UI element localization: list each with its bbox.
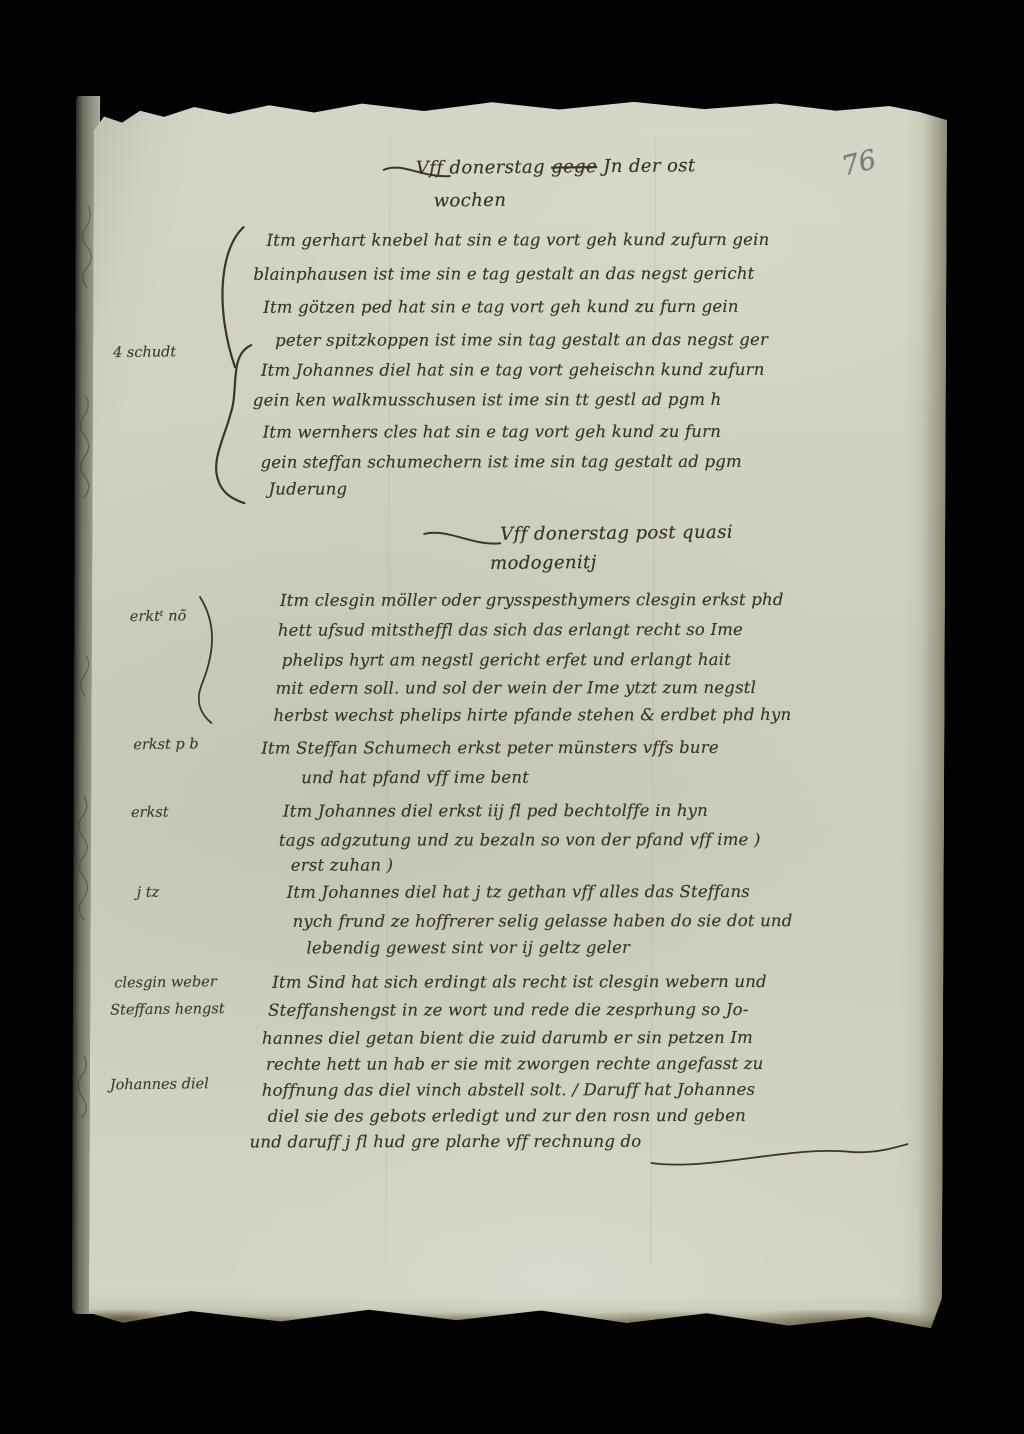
heading-quasimodogeniti: Vff donerstag post quasi [500,522,733,545]
manuscript-line: peter spitzkoppen ist ime sin tag gestal… [275,330,768,350]
manuscript-line: Juderung [268,479,347,498]
heading-easter-week: Vff donerstag gege Jn der ost [416,155,696,179]
manuscript-line: rechte hett un hab er sie mit zworgen re… [266,1054,764,1074]
margin-note-j-tz: j tz [137,885,160,901]
manuscript-line: Itm Johannes diel erkst iij fl ped becht… [283,801,708,821]
closing-flourish [649,1141,909,1170]
manuscript-line: tags adgzutung und zu bezaln so von der … [279,830,761,850]
manuscript-line: hannes diel getan bient die zuid darumb … [262,1028,753,1048]
manuscript-line: phelips hyrt am negstl gericht erfet und… [282,650,731,670]
manuscript-line: und hat pfand vff ime bent [301,768,529,787]
manuscript-line: lebendig gewest sint vor ij geltz geler [306,938,630,958]
margin-note-steffans-hengst: Steffans hengst [110,1001,225,1018]
manuscript-line: und daruff j fl hud gre plarhe vff rechn… [250,1132,642,1152]
manuscript-line: hoffnung das diel vinch abstell solt. / … [262,1080,755,1100]
margin-note-johannes-diel: Johannes diel [110,1076,209,1093]
manuscript-line: diel sie des gebots erledigt und zur den… [268,1106,746,1126]
manuscript-line: Steffanshengst in ze wort und rede die z… [268,1000,748,1020]
manuscript-line: gein steffan schumechern ist ime sin tag… [261,452,742,472]
heading-easter-week-line2: wochen [434,190,507,212]
right-fore-edge [918,100,947,1328]
manuscript-line: Itm gerhart knebel hat sin e tag vort ge… [267,230,770,250]
manuscript-line: gein ken walkmusschusen ist ime sin tt g… [253,390,722,410]
manuscript-line: nych frund ze hoffrerer selig gelasse ha… [293,911,793,931]
manuscript-line: Itm wernhers cles hat sin e tag vort geh… [263,422,721,442]
manuscript-photo: 76 Vff donerstag gege Jn der ost wochen … [0,0,1024,1434]
heading-text: Jn der ost [603,155,696,177]
heading-flourish [422,530,502,550]
margin-bracket [191,595,222,725]
manuscript-line: hett ufsud mitstheffl das sich das erlan… [278,620,743,640]
margin-note-erkt-no: erktᵗ nõ [130,608,187,625]
heading-text: Vff donerstag [416,157,545,179]
margin-note-erkst-pb: erkst p b [133,736,199,753]
manuscript-line: Itm Sind hat sich erdingt als recht ist … [272,972,767,992]
margin-note-clesgin-weber: clesgin weber [114,974,217,991]
manuscript-line: Itm clesgin möller oder grysspesthymers … [280,590,784,610]
manuscript-line: Itm götzen ped hat sin e tag vort geh ku… [263,297,738,317]
manuscript-line: Itm Steffan Schumech erkst peter münster… [261,738,719,758]
heading-quasimodogeniti-line2: modogenitj [490,552,597,574]
manuscript-line: herbst wechst phelips hirte pfande stehe… [273,705,791,725]
manuscript-page: 76 Vff donerstag gege Jn der ost wochen … [89,97,947,1329]
manuscript-line: mit edern soll. und sol der wein der Ime… [276,678,757,698]
manuscript-line: erst zuhan ) [291,856,394,875]
manuscript-line: blainphausen ist ime sin e tag gestalt a… [253,264,754,284]
manuscript-line: Itm Johannes diel hat sin e tag vort geh… [261,360,765,380]
margin-note-schudt: 4 schudt [113,344,176,361]
folio-number: 76 [839,144,880,182]
bottom-edge-stain [89,1279,942,1329]
struck-word: gege [551,156,597,177]
entry-group-brace [204,341,261,505]
margin-note-erkst: erkst [131,805,169,821]
manuscript-line: Itm Johannes diel hat j tz gethan vff al… [287,882,750,902]
